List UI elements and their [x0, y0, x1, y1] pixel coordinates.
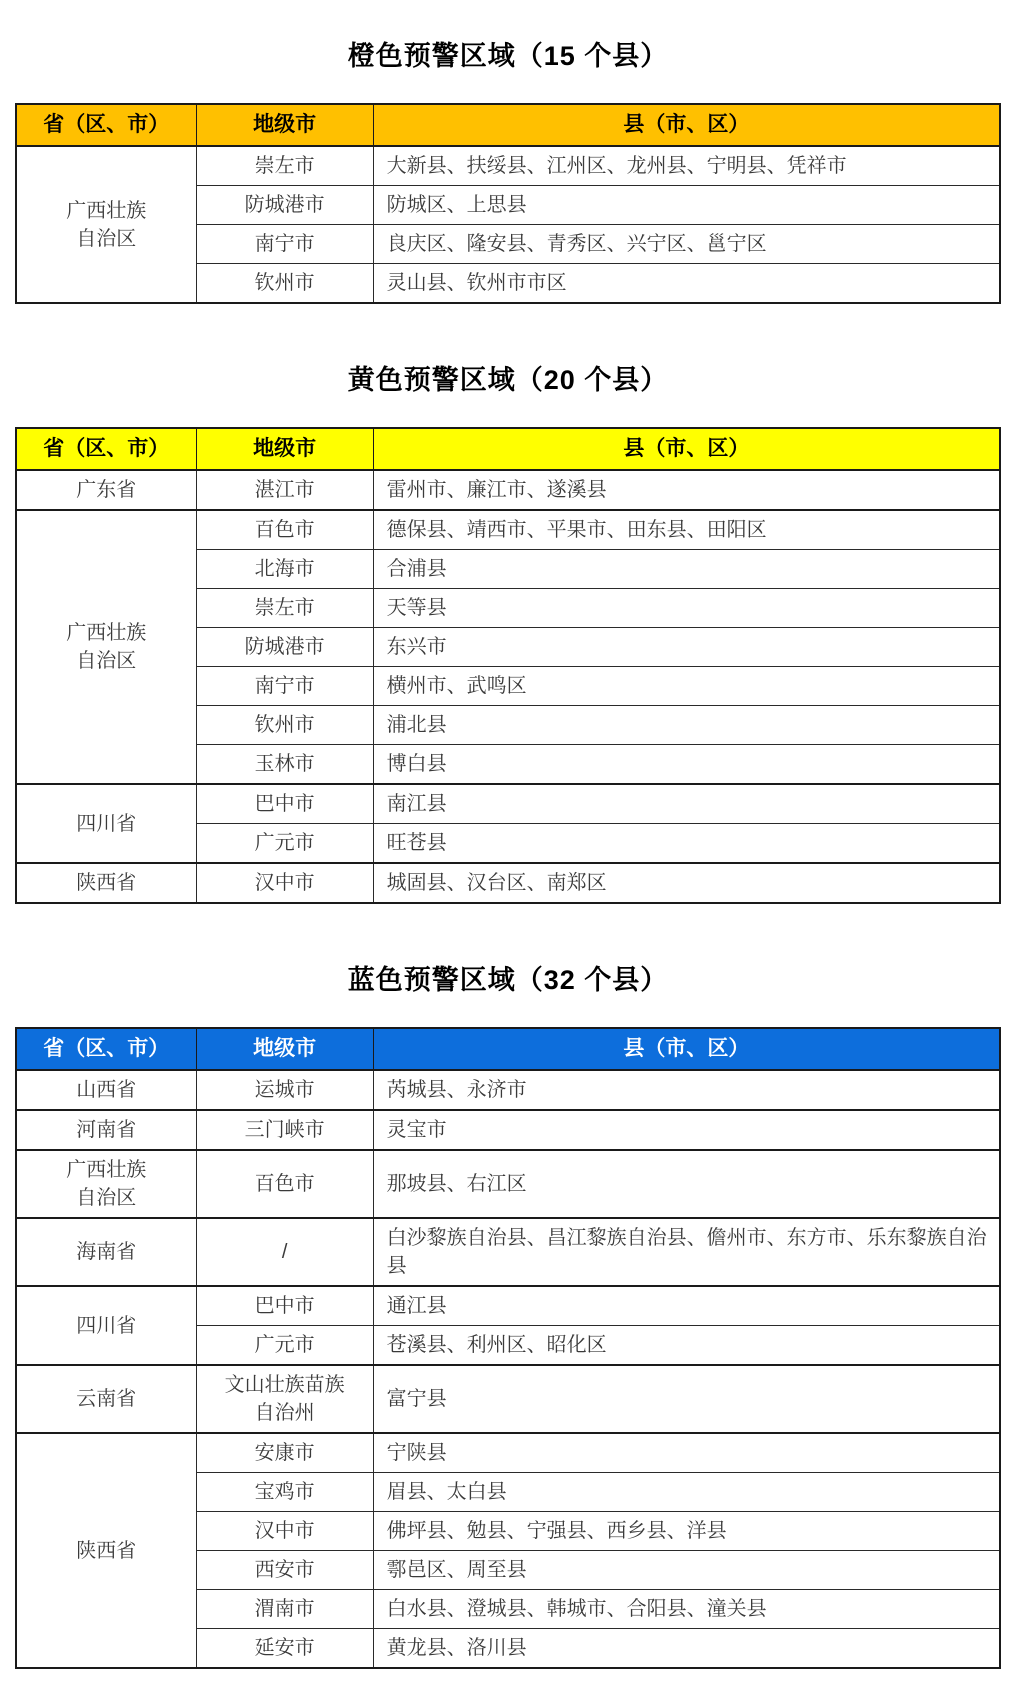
counties-cell: 富宁县 — [373, 1365, 1000, 1433]
city-cell: 钦州市 — [196, 706, 373, 745]
section-title-yellow: 黄色预警区域（20 个县） — [15, 358, 1001, 397]
province-cell: 广西壮族 自治区 — [16, 510, 196, 784]
counties-cell: 通江县 — [373, 1286, 1000, 1326]
column-header-province: 省（区、市） — [16, 1028, 196, 1070]
section-title-blue: 蓝色预警区域（32 个县） — [15, 958, 1001, 997]
city-cell: 广元市 — [196, 824, 373, 864]
counties-cell: 天等县 — [373, 589, 1000, 628]
city-cell: 三门峡市 — [196, 1110, 373, 1150]
counties-cell: 佛坪县、勉县、宁强县、西乡县、洋县 — [373, 1512, 1000, 1551]
counties-cell: 宁陕县 — [373, 1433, 1000, 1473]
warning-section-orange: 橙色预警区域（15 个县） 省（区、市） 地级市 县（市、区） 广西壮族 自治区… — [15, 34, 1001, 304]
province-cell: 广西壮族 自治区 — [16, 1150, 196, 1218]
section-title-orange: 橙色预警区域（15 个县） — [15, 34, 1001, 73]
province-cell: 广西壮族 自治区 — [16, 146, 196, 303]
province-cell: 海南省 — [16, 1218, 196, 1286]
counties-cell: 旺苍县 — [373, 824, 1000, 864]
city-cell: 防城港市 — [196, 186, 373, 225]
counties-cell: 眉县、太白县 — [373, 1473, 1000, 1512]
counties-cell: 城固县、汉台区、南郑区 — [373, 863, 1000, 903]
table-row: 广西壮族 自治区百色市德保县、靖西市、平果市、田东县、田阳区 — [16, 510, 1000, 550]
province-cell: 四川省 — [16, 1286, 196, 1365]
counties-cell: 浦北县 — [373, 706, 1000, 745]
counties-cell: 鄠邑区、周至县 — [373, 1551, 1000, 1590]
blue-warning-table: 省（区、市） 地级市 县（市、区） 山西省运城市芮城县、永济市河南省三门峡市灵宝… — [15, 1027, 1001, 1669]
counties-cell: 雷州市、廉江市、遂溪县 — [373, 470, 1000, 510]
counties-cell: 横州市、武鸣区 — [373, 667, 1000, 706]
city-cell: 南宁市 — [196, 667, 373, 706]
counties-cell: 白沙黎族自治县、昌江黎族自治县、儋州市、东方市、乐东黎族自治县 — [373, 1218, 1000, 1286]
city-cell: 巴中市 — [196, 1286, 373, 1326]
city-cell: 运城市 — [196, 1070, 373, 1110]
column-header-province: 省（区、市） — [16, 104, 196, 146]
province-cell: 河南省 — [16, 1110, 196, 1150]
table-row: 海南省/白沙黎族自治县、昌江黎族自治县、儋州市、东方市、乐东黎族自治县 — [16, 1218, 1000, 1286]
city-cell: 巴中市 — [196, 784, 373, 824]
counties-cell: 黄龙县、洛川县 — [373, 1629, 1000, 1669]
city-cell: 汉中市 — [196, 863, 373, 903]
table-row: 四川省巴中市南江县 — [16, 784, 1000, 824]
table-row: 河南省三门峡市灵宝市 — [16, 1110, 1000, 1150]
header-row: 省（区、市） 地级市 县（市、区） — [16, 104, 1000, 146]
province-cell: 山西省 — [16, 1070, 196, 1110]
header-row: 省（区、市） 地级市 县（市、区） — [16, 428, 1000, 470]
table-row: 陕西省安康市宁陕县 — [16, 1433, 1000, 1473]
city-cell: 汉中市 — [196, 1512, 373, 1551]
city-cell: 延安市 — [196, 1629, 373, 1669]
city-cell: 北海市 — [196, 550, 373, 589]
yellow-warning-table: 省（区、市） 地级市 县（市、区） 广东省湛江市雷州市、廉江市、遂溪县广西壮族 … — [15, 427, 1001, 904]
table-body: 广西壮族 自治区崇左市大新县、扶绥县、江州区、龙州县、宁明县、凭祥市防城港市防城… — [16, 146, 1000, 303]
city-cell: 防城港市 — [196, 628, 373, 667]
counties-cell: 芮城县、永济市 — [373, 1070, 1000, 1110]
column-header-city: 地级市 — [196, 428, 373, 470]
table-row: 云南省文山壮族苗族 自治州富宁县 — [16, 1365, 1000, 1433]
counties-cell: 博白县 — [373, 745, 1000, 785]
table-row: 广东省湛江市雷州市、廉江市、遂溪县 — [16, 470, 1000, 510]
table-row: 山西省运城市芮城县、永济市 — [16, 1070, 1000, 1110]
table-body: 广东省湛江市雷州市、廉江市、遂溪县广西壮族 自治区百色市德保县、靖西市、平果市、… — [16, 470, 1000, 903]
city-cell: 崇左市 — [196, 589, 373, 628]
table-row: 广西壮族 自治区百色市那坡县、右江区 — [16, 1150, 1000, 1218]
province-cell: 广东省 — [16, 470, 196, 510]
counties-cell: 灵山县、钦州市市区 — [373, 264, 1000, 304]
counties-cell: 南江县 — [373, 784, 1000, 824]
table-row: 广西壮族 自治区崇左市大新县、扶绥县、江州区、龙州县、宁明县、凭祥市 — [16, 146, 1000, 186]
table-row: 陕西省汉中市城固县、汉台区、南郑区 — [16, 863, 1000, 903]
province-cell: 四川省 — [16, 784, 196, 863]
counties-cell: 防城区、上思县 — [373, 186, 1000, 225]
header-row: 省（区、市） 地级市 县（市、区） — [16, 1028, 1000, 1070]
counties-cell: 灵宝市 — [373, 1110, 1000, 1150]
column-header-counties: 县（市、区） — [373, 428, 1000, 470]
warning-section-yellow: 黄色预警区域（20 个县） 省（区、市） 地级市 县（市、区） 广东省湛江市雷州… — [15, 358, 1001, 904]
city-cell: 百色市 — [196, 510, 373, 550]
city-cell: 钦州市 — [196, 264, 373, 304]
counties-cell: 东兴市 — [373, 628, 1000, 667]
column-header-counties: 县（市、区） — [373, 104, 1000, 146]
column-header-city: 地级市 — [196, 1028, 373, 1070]
city-cell: 百色市 — [196, 1150, 373, 1218]
city-cell: 南宁市 — [196, 225, 373, 264]
city-cell: 宝鸡市 — [196, 1473, 373, 1512]
city-cell: 渭南市 — [196, 1590, 373, 1629]
city-cell: 安康市 — [196, 1433, 373, 1473]
warning-section-blue: 蓝色预警区域（32 个县） 省（区、市） 地级市 县（市、区） 山西省运城市芮城… — [15, 958, 1001, 1669]
province-cell: 陕西省 — [16, 1433, 196, 1668]
table-body: 山西省运城市芮城县、永济市河南省三门峡市灵宝市广西壮族 自治区百色市那坡县、右江… — [16, 1070, 1000, 1668]
counties-cell: 白水县、澄城县、韩城市、合阳县、潼关县 — [373, 1590, 1000, 1629]
city-cell: 崇左市 — [196, 146, 373, 186]
city-cell: 广元市 — [196, 1326, 373, 1366]
counties-cell: 德保县、靖西市、平果市、田东县、田阳区 — [373, 510, 1000, 550]
counties-cell: 良庆区、隆安县、青秀区、兴宁区、邕宁区 — [373, 225, 1000, 264]
column-header-counties: 县（市、区） — [373, 1028, 1000, 1070]
city-cell: 玉林市 — [196, 745, 373, 785]
counties-cell: 合浦县 — [373, 550, 1000, 589]
table-row: 四川省巴中市通江县 — [16, 1286, 1000, 1326]
orange-warning-table: 省（区、市） 地级市 县（市、区） 广西壮族 自治区崇左市大新县、扶绥县、江州区… — [15, 103, 1001, 304]
column-header-city: 地级市 — [196, 104, 373, 146]
city-cell: 西安市 — [196, 1551, 373, 1590]
city-cell: 湛江市 — [196, 470, 373, 510]
counties-cell: 那坡县、右江区 — [373, 1150, 1000, 1218]
counties-cell: 苍溪县、利州区、昭化区 — [373, 1326, 1000, 1366]
province-cell: 云南省 — [16, 1365, 196, 1433]
column-header-province: 省（区、市） — [16, 428, 196, 470]
city-cell: 文山壮族苗族 自治州 — [196, 1365, 373, 1433]
province-cell: 陕西省 — [16, 863, 196, 903]
city-cell: / — [196, 1218, 373, 1286]
document-page: 橙色预警区域（15 个县） 省（区、市） 地级市 县（市、区） 广西壮族 自治区… — [0, 0, 1016, 1699]
counties-cell: 大新县、扶绥县、江州区、龙州县、宁明县、凭祥市 — [373, 146, 1000, 186]
